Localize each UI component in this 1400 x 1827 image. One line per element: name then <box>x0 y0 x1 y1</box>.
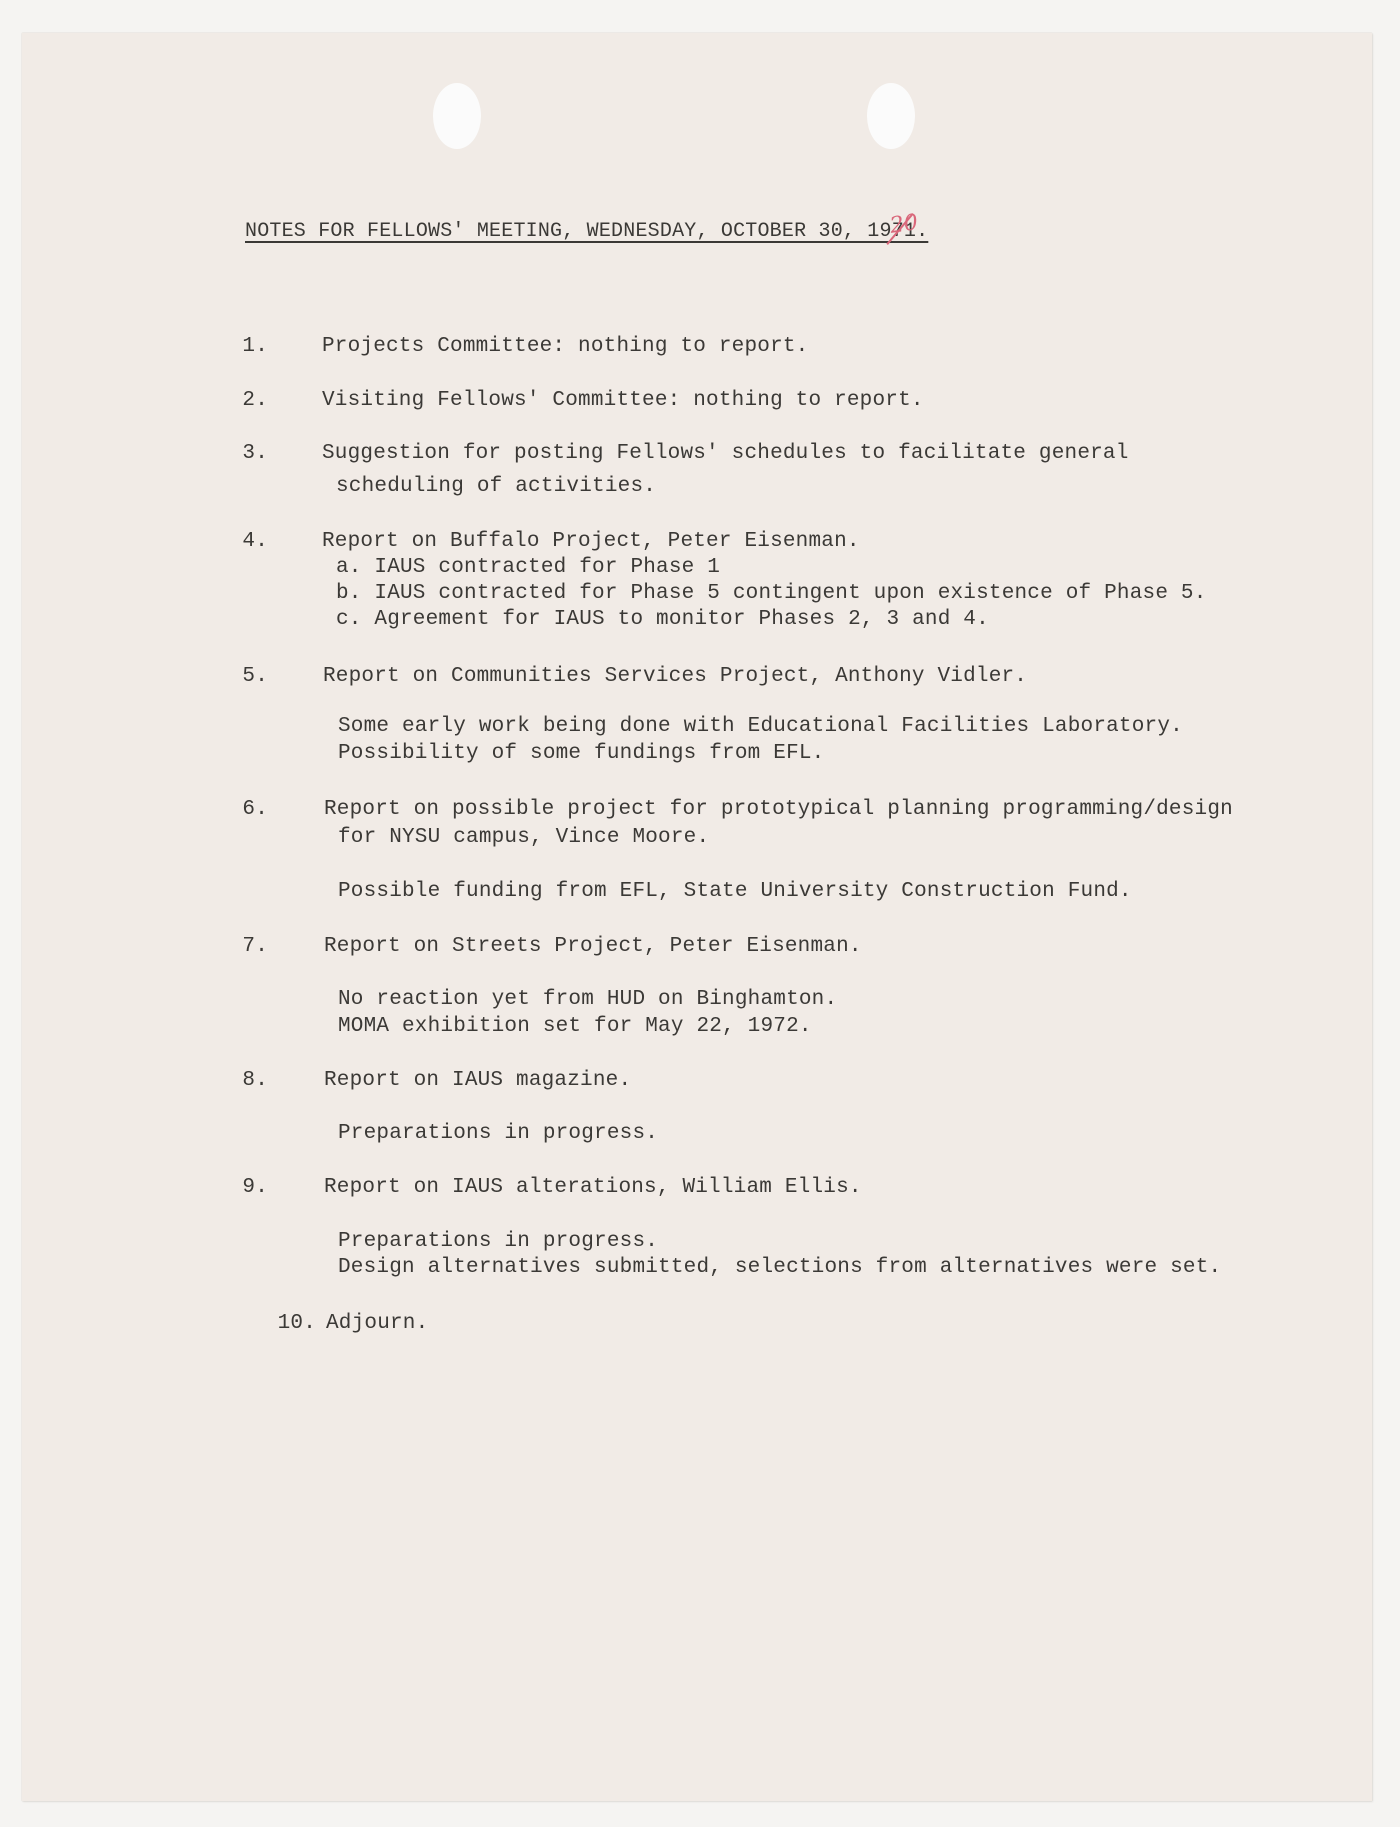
item-text: Report on IAUS magazine. <box>324 1069 631 1092</box>
subitem-text: a. IAUS contracted for Phase 1 <box>336 556 720 579</box>
item-number: 4. <box>228 530 268 553</box>
item-text: Suggestion for posting Fellows' schedule… <box>322 442 1129 465</box>
subitem-text: c. Agreement for IAUS to monitor Phases … <box>336 608 989 631</box>
paper-sheet <box>22 33 1372 1801</box>
item-note: MOMA exhibition set for May 22, 1972. <box>338 1015 812 1038</box>
item-text: Report on possible project for prototypi… <box>324 798 1233 821</box>
punch-hole <box>433 83 481 149</box>
item-text: Report on Communities Services Project, … <box>323 665 1027 688</box>
subitem-text: b. IAUS contracted for Phase 5 contingen… <box>336 582 1207 605</box>
item-text: Adjourn. <box>326 1312 428 1335</box>
item-number: 1. <box>228 335 268 358</box>
item-number: 6. <box>228 798 268 821</box>
item-text: for NYSU campus, Vince Moore. <box>338 826 709 849</box>
item-number: 5. <box>228 665 268 688</box>
item-number: 10. <box>266 1312 316 1335</box>
item-note: No reaction yet from HUD on Binghamton. <box>338 988 837 1011</box>
item-text: Visiting Fellows' Committee: nothing to … <box>322 389 924 412</box>
document-title: NOTES FOR FELLOWS' MEETING, WEDNESDAY, O… <box>245 220 928 243</box>
item-text: Report on Streets Project, Peter Eisenma… <box>324 935 862 958</box>
item-note: Possible funding from EFL, State Univers… <box>338 880 1132 903</box>
item-note: Preparations in progress. <box>338 1230 658 1253</box>
item-note: Some early work being done with Educatio… <box>338 715 1183 738</box>
item-text: scheduling of activities. <box>336 475 656 498</box>
punch-hole <box>867 83 915 149</box>
item-number: 2. <box>228 389 268 412</box>
item-note: Preparations in progress. <box>338 1122 658 1145</box>
item-text: Report on Buffalo Project, Peter Eisenma… <box>322 530 860 553</box>
item-number: 9. <box>228 1176 268 1199</box>
item-number: 8. <box>228 1069 268 1092</box>
item-text: Report on IAUS alterations, William Elli… <box>324 1176 862 1199</box>
item-note: Design alternatives submitted, selection… <box>338 1256 1221 1279</box>
item-number: 3. <box>228 442 268 465</box>
item-number: 7. <box>228 935 268 958</box>
item-note: Possibility of some fundings from EFL. <box>338 742 824 765</box>
item-text: Projects Committee: nothing to report. <box>322 335 808 358</box>
